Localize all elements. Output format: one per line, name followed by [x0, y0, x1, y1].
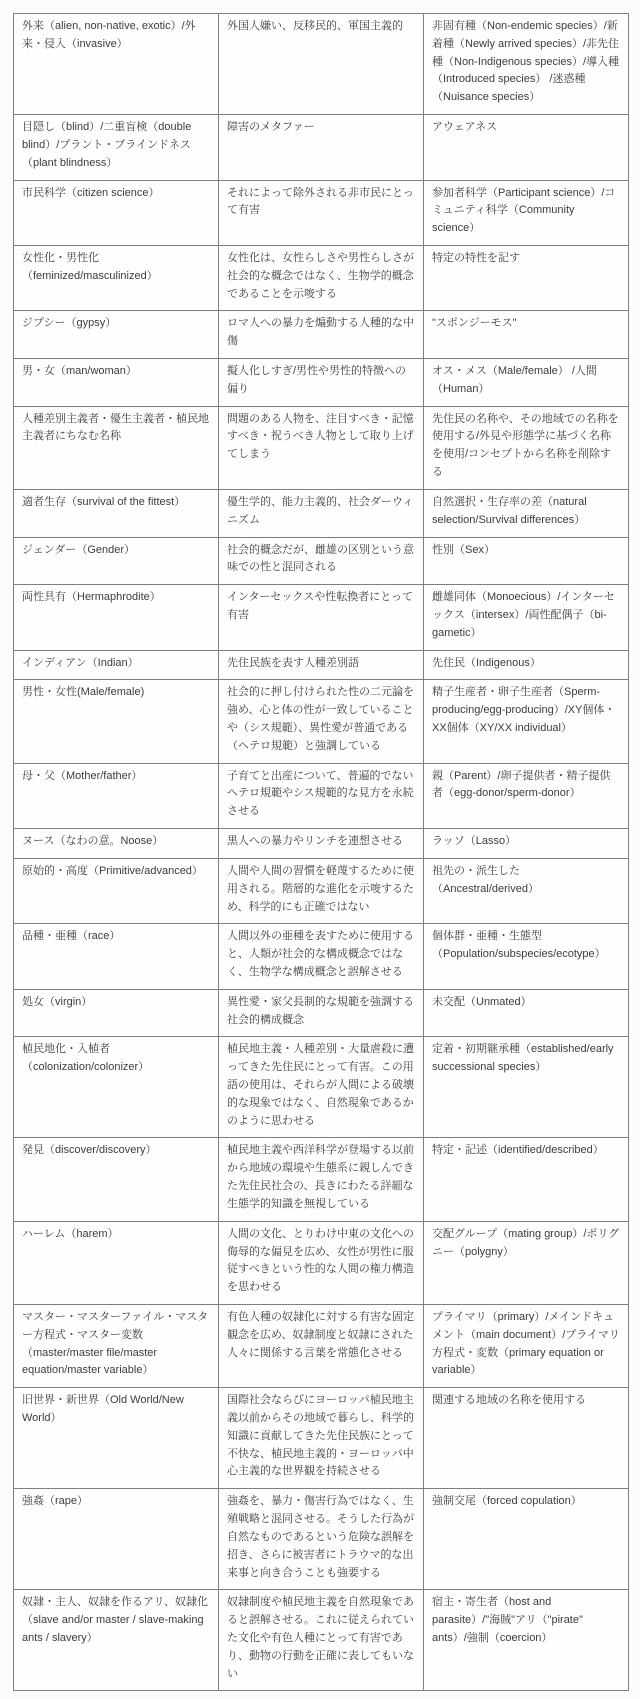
term-cell: 目隠し（blind）/二重盲検（double blind）/プラント・ブラインド…	[14, 115, 219, 180]
problem-cell: 社会的に押し付けられた性の二元論を強め、心と体の性が一致していることや（シス規範…	[219, 680, 424, 763]
term-cell: 市民科学（citizen science）	[14, 180, 219, 245]
alternative-cell: 精子生産者・卵子生産者（Sperm-producing/egg-producin…	[424, 680, 629, 763]
alternative-cell: 参加者科学（Participant science）/コミュニティ科学（Comm…	[424, 180, 629, 245]
problem-cell: 社会的概念だが、雌雄の区別という意味での性と混同される	[219, 537, 424, 585]
table-row: ジェンダー（Gender） 社会的概念だが、雌雄の区別という意味での性と混同され…	[14, 537, 629, 585]
problem-cell: 人間以外の亜種を表すために使用すると、人類が社会的な構成概念ではなく、生物学な構…	[219, 924, 424, 989]
term-cell: 原始的・高度（Primitive/advanced）	[14, 858, 219, 923]
problem-cell: 障害のメタファー	[219, 115, 424, 180]
problem-cell: 植民地主義・人種差別・大量虐殺に遭ってきた先住民にとって有害。この用語の使用は、…	[219, 1037, 424, 1138]
problem-cell: 奴隷制度や植民地主義を自然現象であると誤解させる。これに従えられていた文化や有色…	[219, 1590, 424, 1691]
term-cell: 人種差別主義者・優生主義者・植民地主義者にちなむ名称	[14, 406, 219, 489]
problem-cell: インターセックスや性転換者にとって有害	[219, 585, 424, 650]
term-cell: ヌース（なわの意。Noose）	[14, 829, 219, 859]
term-cell: 男性・女性(Male/female)	[14, 680, 219, 763]
table-row: 原始的・高度（Primitive/advanced） 人間や人間の習慣を軽蔑する…	[14, 858, 629, 923]
term-cell: ジプシー（gypsy）	[14, 311, 219, 359]
problem-cell: 人間の文化、とりわけ中東の文化への侮辱的な偏見を広め、女性が男性に服従すべきとい…	[219, 1221, 424, 1304]
table-row: ヌース（なわの意。Noose） 黒人への暴力やリンチを連想させる ラッソ（Las…	[14, 829, 629, 859]
term-cell: 発見（discover/discovery）	[14, 1138, 219, 1221]
problem-cell: 植民地主義や西洋科学が登場する以前から地域の環境や生態系に親しんできた先住民社会…	[219, 1138, 424, 1221]
terminology-table-body: 外来（alien, non-native, exotic）/外来・侵入（inva…	[14, 14, 629, 1691]
table-row: インディアン（Indian） 先住民族を表す人種差別語 先住民（Indigeno…	[14, 650, 629, 680]
problem-cell: 強姦を、暴力・傷害行為ではなく、生殖戦略と混同させる。そうした行為が自然なもので…	[219, 1489, 424, 1590]
table-row: 外来（alien, non-native, exotic）/外来・侵入（inva…	[14, 14, 629, 115]
problem-cell: 擬人化しすぎ/男性や男性的特徴への偏り	[219, 359, 424, 407]
table-row: 植民地化・入植者（colonization/colonizer） 植民地主義・人…	[14, 1037, 629, 1138]
alternative-cell: 自然選択・生存率の差（natural selection/Survival di…	[424, 489, 629, 537]
problem-cell: 優生学的、能力主義的、社会ダーウィニズム	[219, 489, 424, 537]
term-cell: 女性化・男性化（feminized/masculinized）	[14, 245, 219, 310]
table-row: 人種差別主義者・優生主義者・植民地主義者にちなむ名称 問題のある人物を、注目すべ…	[14, 406, 629, 489]
problem-cell: ロマ人への暴力を煽動する人種的な中傷	[219, 311, 424, 359]
alternative-cell: 祖先の・派生した（Ancestral/derived）	[424, 858, 629, 923]
term-cell: 母・父（Mother/father）	[14, 763, 219, 828]
table-row: 男性・女性(Male/female) 社会的に押し付けられた性の二元論を強め、心…	[14, 680, 629, 763]
alternative-cell: プライマリ（primary）/メインドキュメント（main document）/…	[424, 1304, 629, 1387]
alternative-cell: 関連する地域の名称を使用する	[424, 1388, 629, 1489]
term-cell: 品種・亜種（race）	[14, 924, 219, 989]
alternative-cell: アウェアネス	[424, 115, 629, 180]
alternative-cell: 先住民の名称や、その地域での名称を使用する/外見や形態学に基づく名称を使用/コン…	[424, 406, 629, 489]
document-page: 外来（alien, non-native, exotic）/外来・侵入（inva…	[0, 0, 640, 1699]
problem-cell: 異性愛・家父長制的な規範を強調する社会的構成概念	[219, 989, 424, 1037]
alternative-cell: 特定・記述（identified/described）	[424, 1138, 629, 1221]
table-row: 男・女（man/woman） 擬人化しすぎ/男性や男性的特徴への偏り オス・メス…	[14, 359, 629, 407]
table-row: ジプシー（gypsy） ロマ人への暴力を煽動する人種的な中傷 "スポンジーモス"	[14, 311, 629, 359]
table-row: 奴隷・主人、奴隷を作るアリ、奴隷化（slave and/or master / …	[14, 1590, 629, 1691]
problem-cell: 先住民族を表す人種差別語	[219, 650, 424, 680]
table-row: 強姦（rape） 強姦を、暴力・傷害行為ではなく、生殖戦略と混同させる。そうした…	[14, 1489, 629, 1590]
table-row: 母・父（Mother/father） 子育てと出産について、普遍的でないヘテロ規…	[14, 763, 629, 828]
problem-cell: 子育てと出産について、普遍的でないヘテロ規範やシス規範的な見方を永続させる	[219, 763, 424, 828]
terminology-table: 外来（alien, non-native, exotic）/外来・侵入（inva…	[13, 13, 629, 1691]
table-row: マスター・マスターファイル・マスター方程式・マスター変数（master/mast…	[14, 1304, 629, 1387]
term-cell: マスター・マスターファイル・マスター方程式・マスター変数（master/mast…	[14, 1304, 219, 1387]
table-row: 目隠し（blind）/二重盲検（double blind）/プラント・ブラインド…	[14, 115, 629, 180]
alternative-cell: 未交配（Unmated）	[424, 989, 629, 1037]
table-row: 品種・亜種（race） 人間以外の亜種を表すために使用すると、人類が社会的な構成…	[14, 924, 629, 989]
term-cell: 植民地化・入植者（colonization/colonizer）	[14, 1037, 219, 1138]
problem-cell: 人間や人間の習慣を軽蔑するために使用される。階層的な進化を示唆するため、科学的に…	[219, 858, 424, 923]
alternative-cell: オス・メス（Male/female） /人間（Human）	[424, 359, 629, 407]
problem-cell: 黒人への暴力やリンチを連想させる	[219, 829, 424, 859]
term-cell: 強姦（rape）	[14, 1489, 219, 1590]
problem-cell: 国際社会ならびにヨーロッパ植民地主義以前からその地域で暮らし、科学的知識に貢献し…	[219, 1388, 424, 1489]
table-row: 旧世界・新世界（Old World/New World） 国際社会ならびにヨーロ…	[14, 1388, 629, 1489]
table-row: 適者生存（survival of the fittest） 優生学的、能力主義的…	[14, 489, 629, 537]
term-cell: 奴隷・主人、奴隷を作るアリ、奴隷化（slave and/or master / …	[14, 1590, 219, 1691]
term-cell: 外来（alien, non-native, exotic）/外来・侵入（inva…	[14, 14, 219, 115]
term-cell: ハーレム（harem）	[14, 1221, 219, 1304]
alternative-cell: 宿主・寄生者（host and parasite）/"海賊"アリ（"pirate…	[424, 1590, 629, 1691]
term-cell: 適者生存（survival of the fittest）	[14, 489, 219, 537]
alternative-cell: 性別（Sex）	[424, 537, 629, 585]
alternative-cell: 交配グループ（mating group）/ポリグニー（polygny）	[424, 1221, 629, 1304]
term-cell: インディアン（Indian）	[14, 650, 219, 680]
alternative-cell: 特定の特性を記す	[424, 245, 629, 310]
table-row: 発見（discover/discovery） 植民地主義や西洋科学が登場する以前…	[14, 1138, 629, 1221]
table-row: 市民科学（citizen science） それによって除外される非市民にとって…	[14, 180, 629, 245]
term-cell: 旧世界・新世界（Old World/New World）	[14, 1388, 219, 1489]
table-row: 処女（virgin） 異性愛・家父長制的な規範を強調する社会的構成概念 未交配（…	[14, 989, 629, 1037]
term-cell: ジェンダー（Gender）	[14, 537, 219, 585]
term-cell: 男・女（man/woman）	[14, 359, 219, 407]
alternative-cell: 定着・初期継承種（established/early successional …	[424, 1037, 629, 1138]
term-cell: 両性具有（Hermaphrodite）	[14, 585, 219, 650]
term-cell: 処女（virgin）	[14, 989, 219, 1037]
problem-cell: 問題のある人物を、注目すべき・記憶すべき・祝うべき人物として取り上げてしまう	[219, 406, 424, 489]
alternative-cell: 強制交尾（forced copulation）	[424, 1489, 629, 1590]
alternative-cell: ラッソ（Lasso）	[424, 829, 629, 859]
problem-cell: 有色人種の奴隷化に対する有害な固定観念を広め、奴隷制度と奴隷にされた人々に関係す…	[219, 1304, 424, 1387]
alternative-cell: "スポンジーモス"	[424, 311, 629, 359]
alternative-cell: 雌雄同体（Monoecious）/インターセックス（intersex）/両性配偶…	[424, 585, 629, 650]
table-row: 女性化・男性化（feminized/masculinized） 女性化は、女性ら…	[14, 245, 629, 310]
problem-cell: それによって除外される非市民にとって有害	[219, 180, 424, 245]
problem-cell: 外国人嫌い、反移民的、軍国主義的	[219, 14, 424, 115]
problem-cell: 女性化は、女性らしさや男性らしさが社会的な概念ではなく、生物学的概念であることを…	[219, 245, 424, 310]
table-row: 両性具有（Hermaphrodite） インターセックスや性転換者にとって有害 …	[14, 585, 629, 650]
alternative-cell: 個体群・亜種・生態型（Population/subspecies/ecotype…	[424, 924, 629, 989]
table-row: ハーレム（harem） 人間の文化、とりわけ中東の文化への侮辱的な偏見を広め、女…	[14, 1221, 629, 1304]
alternative-cell: 先住民（Indigenous）	[424, 650, 629, 680]
alternative-cell: 親（Parent）/卵子提供者・精子提供者（egg-donor/sperm-do…	[424, 763, 629, 828]
alternative-cell: 非固有種（Non-endemic species）/新着種（Newly arri…	[424, 14, 629, 115]
